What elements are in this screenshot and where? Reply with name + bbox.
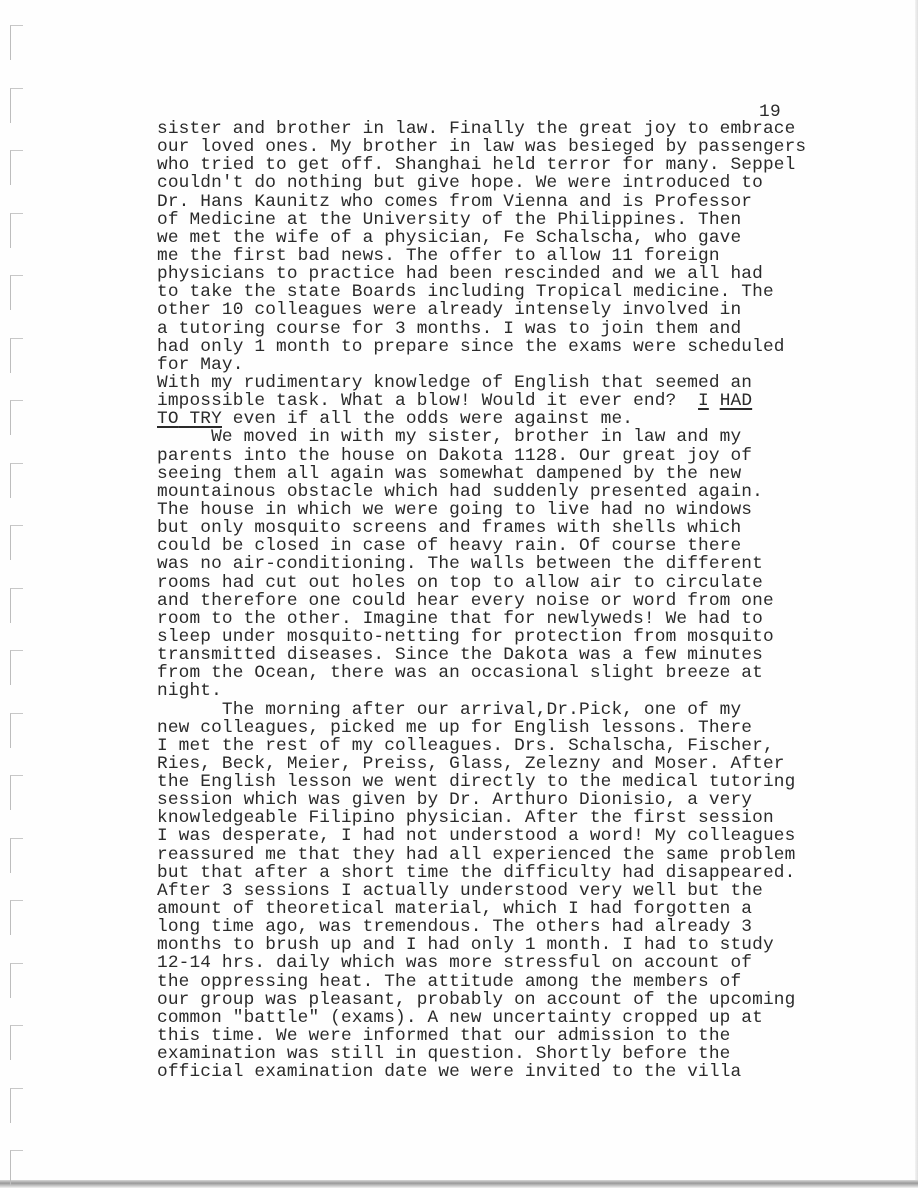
text-line: room to the other. Imagine that for newl… — [157, 610, 806, 628]
text-line: had only 1 month to prepare since the ex… — [157, 338, 806, 356]
text-line: months to brush up and I had only 1 mont… — [157, 936, 806, 954]
text-line: Ries, Beck, Meier, Preiss, Glass, Zelezn… — [157, 755, 806, 773]
text-line: our group was pleasant, probably on acco… — [157, 991, 806, 1009]
text-line: our loved ones. My brother in law was be… — [157, 138, 806, 156]
margin-bracket — [10, 338, 23, 373]
text-line: the oppressing heat. The attitude among … — [157, 973, 806, 991]
underlined-text: I — [698, 391, 709, 411]
text-line: parents into the house on Dakota 1128. O… — [157, 447, 806, 465]
text-line: for May. — [157, 356, 806, 374]
text-line: from the Ocean, there was an occasional … — [157, 664, 806, 682]
text-line: night. — [157, 682, 806, 700]
body-text: sister and brother in law. Finally the g… — [157, 120, 806, 1081]
underlined-text: TO TRY — [157, 409, 222, 429]
margin-bracket — [10, 650, 23, 685]
text-line: reassured me that they had all experienc… — [157, 846, 806, 864]
text-line: sister and brother in law. Finally the g… — [157, 120, 806, 138]
margin-bracket — [10, 213, 23, 248]
text-line: but only mosquito screens and frames wit… — [157, 519, 806, 537]
text-line: was no air-conditioning. The walls betwe… — [157, 555, 806, 573]
margin-bracket — [10, 713, 23, 748]
margin-bracket — [10, 525, 23, 560]
text-line: The morning after our arrival,Dr.Pick, o… — [157, 701, 806, 719]
text-line: transmitted diseases. Since the Dakota w… — [157, 646, 806, 664]
margin-bracket — [10, 1150, 23, 1185]
page-bottom-edge — [0, 1180, 918, 1188]
text-line: mountainous obstacle which had suddenly … — [157, 483, 806, 501]
underlined-text: HAD — [720, 391, 752, 411]
text-line: I was desperate, I had not understood a … — [157, 827, 806, 845]
text-line: session which was given by Dr. Arthuro D… — [157, 791, 806, 809]
text-line: but that after a short time the difficul… — [157, 864, 806, 882]
text-line: I met the rest of my colleagues. Drs. Sc… — [157, 737, 806, 755]
margin-bracket — [10, 838, 23, 873]
text-line: After 3 sessions I actually understood v… — [157, 882, 806, 900]
text-line: common "battle" (exams). A new uncertain… — [157, 1009, 806, 1027]
text-line: of Medicine at the University of the Phi… — [157, 211, 806, 229]
text-line: amount of theoretical material, which I … — [157, 900, 806, 918]
margin-bracket — [10, 400, 23, 435]
text-line: rooms had cut out holes on top to allow … — [157, 574, 806, 592]
text-line: sleep under mosquito-netting for protect… — [157, 628, 806, 646]
text-line: seeing them all again was somewhat dampe… — [157, 465, 806, 483]
text-line: could be closed in case of heavy rain. O… — [157, 537, 806, 555]
text-line: we met the wife of a physician, Fe Schal… — [157, 229, 806, 247]
margin-bracket — [10, 1088, 23, 1123]
text-line: to take the state Boards including Tropi… — [157, 283, 806, 301]
text-line: other 10 colleagues were already intense… — [157, 301, 806, 319]
text-line: Dr. Hans Kaunitz who comes from Vienna a… — [157, 193, 806, 211]
margin-bracket — [10, 88, 23, 123]
text-line: who tried to get off. Shanghai held terr… — [157, 156, 806, 174]
margin-bracket — [10, 775, 23, 810]
text-line: and therefore one could hear every noise… — [157, 592, 806, 610]
text-line: this time. We were informed that our adm… — [157, 1027, 806, 1045]
text-line: impossible task. What a blow! Would it e… — [157, 392, 806, 410]
margin-bracket — [10, 588, 23, 623]
margin-bracket — [10, 25, 23, 60]
margin-bracket — [10, 900, 23, 935]
text-line: examination was still in question. Short… — [157, 1045, 806, 1063]
text-line: We moved in with my sister, brother in l… — [157, 428, 806, 446]
scanned-page: 19 sister and brother in law. Finally th… — [0, 0, 918, 1188]
text-line: 12-14 hrs. daily which was more stressfu… — [157, 954, 806, 972]
text-line: physicians to practice had been rescinde… — [157, 265, 806, 283]
text-line: me the first bad news. The offer to allo… — [157, 247, 806, 265]
margin-bracket — [10, 963, 23, 998]
margin-bracket — [10, 1025, 23, 1060]
text-line: TO TRY even if all the odds were against… — [157, 410, 806, 428]
text-line: the English lesson we went directly to t… — [157, 773, 806, 791]
text-line: The house in which we were going to live… — [157, 501, 806, 519]
text-line: new colleagues, picked me up for English… — [157, 719, 806, 737]
text-line: With my rudimentary knowledge of English… — [157, 374, 806, 392]
text-line: long time ago, was tremendous. The other… — [157, 918, 806, 936]
margin-bracket — [10, 150, 23, 185]
margin-bracket — [10, 275, 23, 310]
margin-bracket — [10, 463, 23, 498]
text-line: knowledgeable Filipino physician. After … — [157, 809, 806, 827]
text-line: couldn't do nothing but give hope. We we… — [157, 174, 806, 192]
text-line: official examination date we were invite… — [157, 1063, 806, 1081]
text-line: a tutoring course for 3 months. I was to… — [157, 320, 806, 338]
